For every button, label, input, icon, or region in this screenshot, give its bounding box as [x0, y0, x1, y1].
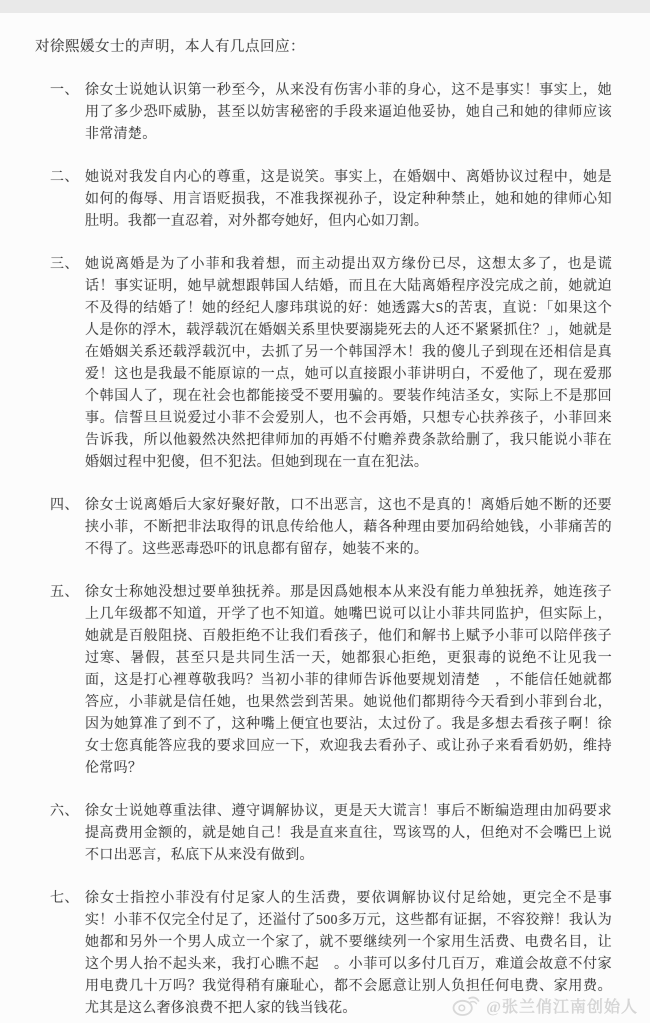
- statement-item-5: 五、 徐女士称她没想过要单独抚养。那是因爲她根本从来没有能力单独抚养，她连孩子上…: [50, 582, 612, 780]
- statement-document: 对徐熙媛女士的声明，本人有几点回应： 一、 徐女士说她认识第一秒至今，从来没有伤…: [0, 13, 650, 1020]
- weibo-watermark: @张兰俏江南创始人: [451, 993, 638, 1017]
- item-number: 七、: [50, 888, 85, 1020]
- item-number: 二、: [50, 167, 85, 233]
- statement-item-1: 一、 徐女士说她认识第一秒至今，从来没有伤害小菲的身心，这不是事实！事实上，她用…: [50, 80, 612, 146]
- item-number: 三、: [50, 254, 85, 474]
- item-text: 徐女士称她没想过要单独抚养。那是因爲她根本从来没有能力单独抚养，她连孩子上几年级…: [85, 582, 612, 780]
- weibo-logo-icon: [451, 993, 481, 1017]
- statement-item-2: 二、 她说对我发自内心的尊重，这是说笑。事实上，在婚姻中、离婚协议过程中，她是如…: [50, 167, 612, 233]
- item-text: 她说离婚是为了小菲和我着想，而主动提出双方缘份已尽，这想太多了，也是谎话！事实证…: [85, 254, 612, 474]
- scan-edge-strip: [0, 0, 650, 13]
- statement-item-4: 四、 徐女士说离婚后大家好聚好散，口不出恶言，这也不是真的！离婚后她不断的还要挟…: [50, 495, 612, 561]
- statement-header: 对徐熙媛女士的声明，本人有几点回应：: [35, 36, 612, 58]
- watermark-handle: @张兰俏江南创始人: [486, 994, 638, 1017]
- item-number: 四、: [50, 495, 85, 561]
- item-text: 徐女士说她认识第一秒至今，从来没有伤害小菲的身心，这不是事实！事实上，她用了多少…: [85, 80, 612, 146]
- statement-item-3: 三、 她说离婚是为了小菲和我着想，而主动提出双方缘份已尽，这想太多了，也是谎话！…: [50, 254, 612, 474]
- item-number: 五、: [50, 582, 85, 780]
- statement-item-6: 六、 徐女士说她尊重法律、遵守调解协议，更是天大谎言！事后不断编造理由加码要求提…: [50, 801, 612, 867]
- item-text: 徐女士说她尊重法律、遵守调解协议，更是天大谎言！事后不断编造理由加码要求提高费用…: [85, 801, 612, 867]
- item-text: 她说对我发自内心的尊重，这是说笑。事实上，在婚姻中、离婚协议过程中，她是如何的侮…: [85, 167, 612, 233]
- scanned-statement-page: 对徐熙媛女士的声明，本人有几点回应： 一、 徐女士说她认识第一秒至今，从来没有伤…: [0, 0, 650, 1023]
- item-text: 徐女士说离婚后大家好聚好散，口不出恶言，这也不是真的！离婚后她不断的还要挟小菲，…: [85, 495, 612, 561]
- statement-items: 一、 徐女士说她认识第一秒至今，从来没有伤害小菲的身心，这不是事实！事实上，她用…: [35, 80, 612, 1020]
- item-number: 六、: [50, 801, 85, 867]
- item-number: 一、: [50, 80, 85, 146]
